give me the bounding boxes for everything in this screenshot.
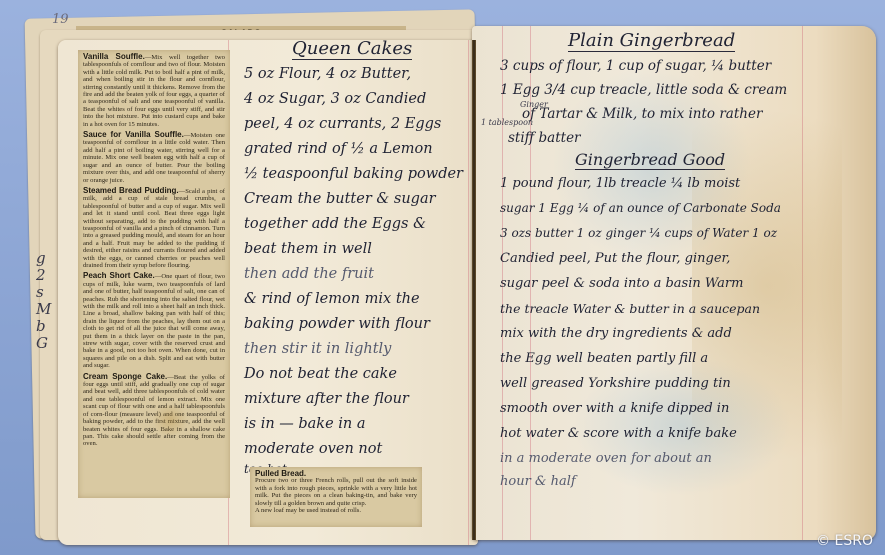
handwritten-line: of Tartar & Milk, to mix into rather [522, 106, 762, 122]
handwritten-line: baking powder with flour [244, 316, 430, 332]
handwritten-line: together add the Eggs & [244, 216, 426, 232]
handwritten-line: well greased Yorkshire pudding tin [500, 376, 731, 391]
newspaper-clipping-recipes: Vanilla Souffle.—Mix well together two t… [78, 50, 230, 498]
handwritten-line: beat them in well [244, 241, 372, 257]
handwritten-line: Do not beat the cake [244, 366, 397, 382]
handwritten-line: 1 Egg 3/4 cup treacle, little soda & cre… [500, 82, 787, 98]
handwritten-line: smooth over with a knife dipped in [500, 401, 729, 416]
handwritten-line: sugar 1 Egg ¼ of an ounce of Carbonate S… [500, 201, 781, 215]
edge-handwriting: g 2 s M b G [36, 250, 56, 352]
handwritten-line: 1 pound flour, 1lb treacle ¼ lb moist [500, 176, 740, 191]
handwritten-line: stiff batter [508, 130, 581, 146]
handwritten-line: Candied peel, Put the flour, ginger, [500, 251, 730, 266]
handwritten-line: the treacle Water & butter in a saucepan [500, 301, 760, 316]
copyright-watermark: © ESRO [816, 533, 873, 549]
handwritten-line: sugar peel & soda into a basin Warm [500, 276, 743, 291]
recipe-sauce-vanilla-souffle: Sauce for Vanilla Souffle.—Moisten one t… [83, 131, 225, 184]
gingerbread-good-title: Gingerbread Good [575, 150, 725, 169]
handwritten-line: hot water & score with a knife bake [500, 426, 737, 441]
handwritten-line: mixture after the flour [244, 391, 409, 407]
handwritten-line: hour & half [500, 474, 576, 489]
handwritten-line: ½ teaspoonful baking powder [244, 166, 463, 182]
book-gutter [472, 40, 476, 540]
recipe-peach-short-cake: Peach Short Cake.—One quart of flour, tw… [83, 272, 225, 369]
handwritten-line: 3 ozs butter 1 oz ginger ¼ cups of Water… [500, 226, 777, 240]
recipe-vanilla-souffle: Vanilla Souffle.—Mix well together two t… [83, 53, 225, 128]
handwritten-line: then add the fruit [244, 266, 374, 282]
handwritten-line: 3 cups of flour, 1 cup of sugar, ¼ butte… [500, 58, 771, 74]
newspaper-clipping-pulled-bread: Pulled Bread. Procure two or three Frenc… [250, 467, 422, 527]
handwritten-line: moderate oven not [244, 441, 382, 457]
page-number: 19 [52, 12, 69, 27]
margin-rule [468, 40, 469, 545]
handwritten-line: the Egg well beaten partly fill a [500, 351, 708, 366]
plain-gingerbread-title: Plain Gingerbread [568, 30, 735, 51]
stain [150, 405, 190, 435]
handwritten-line: mix with the dry ingredients & add [500, 326, 732, 341]
handwritten-line: then stir it in lightly [244, 341, 391, 357]
handwritten-line: 4 oz Sugar, 3 oz Candied [244, 91, 426, 107]
queen-cakes-title: Queen Cakes [292, 38, 412, 59]
handwritten-line: & rind of lemon mix the [244, 291, 420, 307]
handwritten-line: grated rind of ½ a Lemon [244, 141, 433, 157]
handwritten-line: in a moderate oven for about an [500, 451, 712, 466]
handwritten-line: 5 oz Flour, 4 oz Butter, [244, 66, 411, 82]
recipe-steamed-bread-pudding: Steamed Bread Pudding.—Scald a pint of m… [83, 187, 225, 269]
handwritten-line: is in — bake in a [244, 416, 366, 432]
handwritten-line: peel, 4 oz currants, 2 Eggs [244, 116, 441, 132]
handwritten-line: Cream the butter & sugar [244, 191, 436, 207]
